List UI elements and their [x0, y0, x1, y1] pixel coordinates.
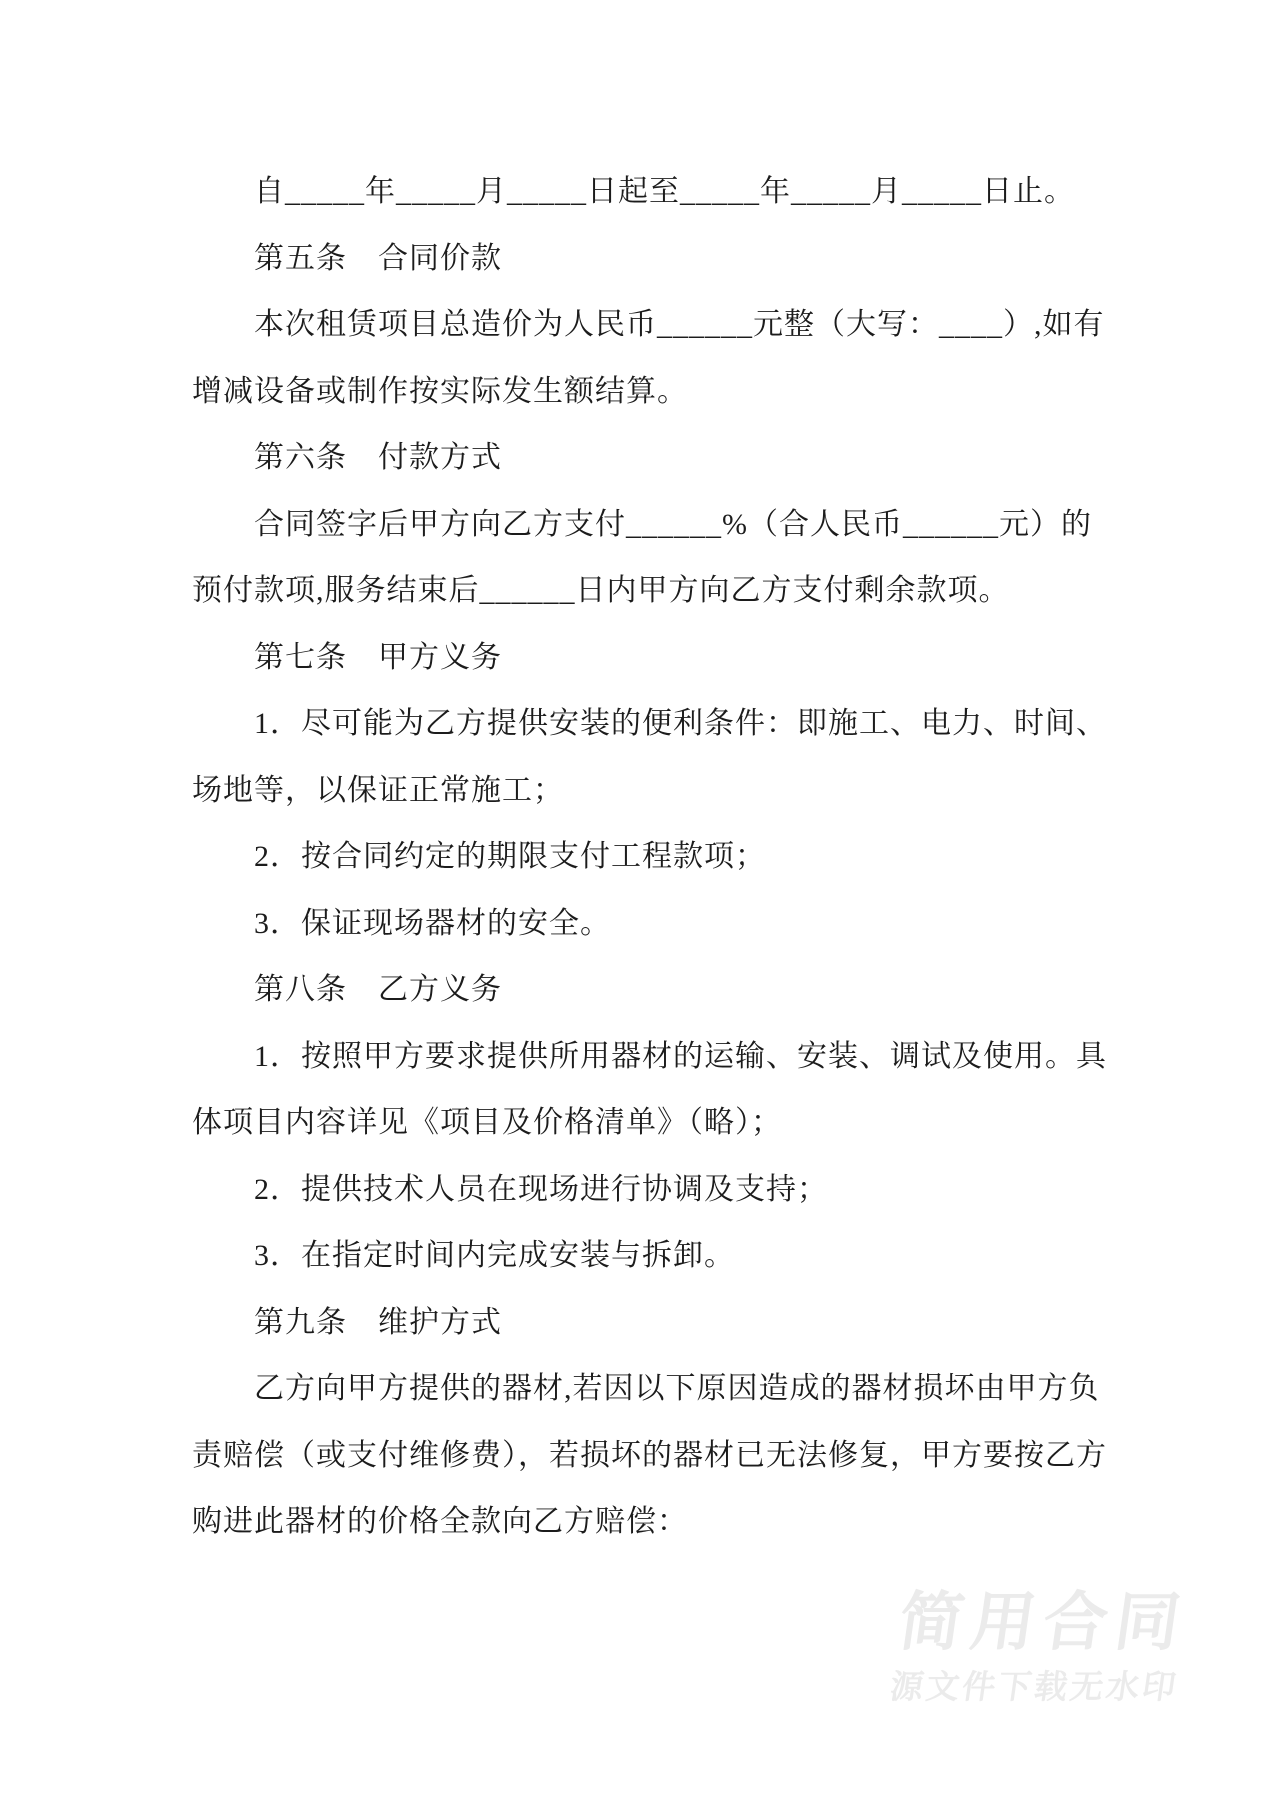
- contract-line-dates: 自_____年_____月_____日起至_____年_____月_____日止…: [192, 159, 1097, 226]
- contract-heading-clause-6: 第六条 付款方式: [192, 425, 1097, 492]
- contract-list-item: 1．尽可能为乙方提供安装的便利条件：即施工、电力、时间、: [192, 691, 1097, 758]
- contract-list-item: 3．在指定时间内完成安装与拆卸。: [192, 1223, 1097, 1290]
- contract-list-item: 2．按合同约定的期限支付工程款项；: [192, 824, 1097, 891]
- contract-line: 乙方向甲方提供的器材,若因以下原因造成的器材损坏由甲方负: [192, 1356, 1097, 1423]
- contract-list-item: 2．提供技术人员在现场进行协调及支持；: [192, 1157, 1097, 1224]
- contract-heading-clause-8: 第八条 乙方义务: [192, 957, 1097, 1024]
- contract-line: 合同签字后甲方向乙方支付______%（合人民币______元）的: [192, 492, 1097, 559]
- contract-heading-clause-7: 第七条 甲方义务: [192, 625, 1097, 692]
- watermark: 简用合同 源文件下载无水印: [888, 1590, 1192, 1703]
- contract-heading-clause-5: 第五条 合同价款: [192, 226, 1097, 293]
- contract-list-item: 3．保证现场器材的安全。: [192, 891, 1097, 958]
- contract-heading-clause-9: 第九条 维护方式: [192, 1290, 1097, 1357]
- watermark-subtitle: 源文件下载无水印: [888, 1670, 1181, 1703]
- contract-line: 预付款项,服务结束后______日内甲方向乙方支付剩余款项。: [192, 558, 1097, 625]
- contract-list-item: 1．按照甲方要求提供所用器材的运输、安装、调试及使用。具: [192, 1024, 1097, 1091]
- contract-line: 场地等，以保证正常施工；: [192, 758, 1097, 825]
- contract-line: 体项目内容详见《项目及价格清单》（略）；: [192, 1090, 1097, 1157]
- contract-body: 自_____年_____月_____日起至_____年_____月_____日止…: [192, 159, 1097, 1556]
- contract-line: 本次租赁项目总造价为人民币______元整（大写：____）,如有: [192, 292, 1097, 359]
- watermark-title: 简用合同: [895, 1590, 1192, 1654]
- document-page: 自_____年_____月_____日起至_____年_____月_____日止…: [0, 0, 1280, 1810]
- contract-line: 责赔偿（或支付维修费），若损坏的器材已无法修复，甲方要按乙方: [192, 1423, 1097, 1490]
- contract-line: 增减设备或制作按实际发生额结算。: [192, 359, 1097, 426]
- contract-line: 购进此器材的价格全款向乙方赔偿：: [192, 1489, 1097, 1556]
